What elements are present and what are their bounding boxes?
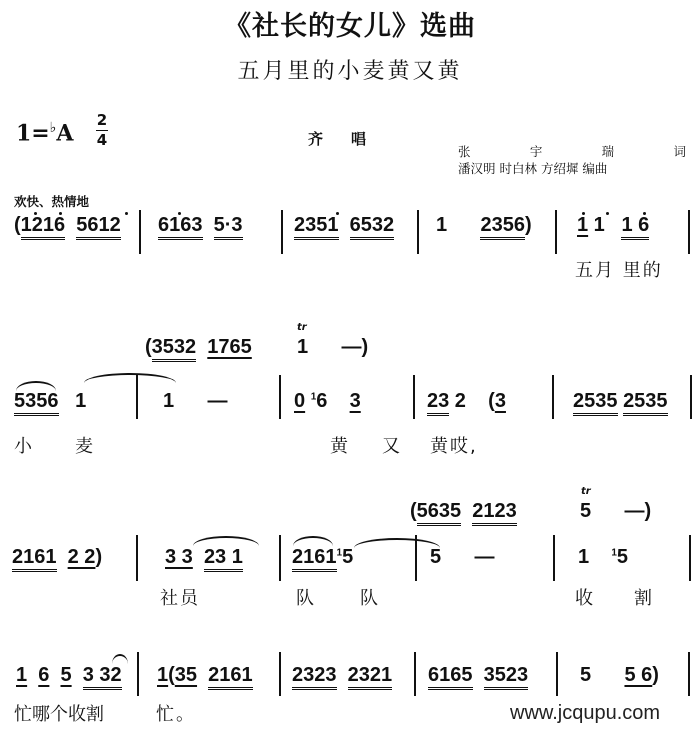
- watermark: www.jcqupu.com: [510, 702, 660, 725]
- time-signature: 2 4: [96, 112, 108, 149]
- measure-12: 3 3 23 1: [165, 546, 243, 569]
- time-top: 2: [97, 111, 107, 129]
- lyric: 队: [296, 584, 316, 610]
- measure-15: 1 15: [578, 546, 628, 569]
- upper-part-1: (3532 1765: [145, 336, 252, 359]
- measure-7: 1 —: [163, 390, 227, 413]
- time-bottom: 4: [97, 131, 107, 149]
- lyric: 黄哎,: [430, 432, 478, 458]
- lyric: 收: [575, 584, 595, 610]
- trill-mark: tr: [297, 322, 307, 333]
- lyricist-char: 词: [673, 143, 686, 160]
- measure-4: 1 2356): [436, 214, 532, 237]
- upper-part-4: 5 —): [580, 500, 651, 523]
- measure-20: 5 5 6): [580, 664, 659, 687]
- trill-mark: tr: [581, 486, 591, 497]
- performance-type: 齐唱: [308, 128, 394, 149]
- measure-11: 2161 2 2): [12, 546, 102, 569]
- measure-5: 1 1 1 6: [577, 214, 649, 237]
- measure-3: 2351 6532: [294, 214, 394, 237]
- measure-17: 1(35 2161: [157, 664, 253, 687]
- lyricist-char: 宇: [530, 143, 543, 160]
- measure-6: 5356 1: [14, 390, 86, 413]
- credits: 张 宇 瑞 词 潘汉明 时白林 方绍墀 编曲: [458, 143, 686, 177]
- lyricist-char: 瑞: [602, 143, 615, 160]
- measure-9: 23 2 (3: [427, 390, 506, 413]
- measure-19: 6165 3523: [428, 664, 528, 687]
- measure-13: 216115: [292, 546, 353, 569]
- key-prefix: 1=: [16, 120, 50, 146]
- measure-16: 1 6 5 3 32: [16, 664, 122, 687]
- lyric: 割: [634, 584, 654, 610]
- lyric: 社员: [160, 584, 200, 610]
- lyric: 忙哪个收割: [14, 700, 104, 726]
- upper-part-2: 1 —): [297, 336, 368, 359]
- measure-10: 2535 2535: [573, 390, 668, 413]
- measure-14: 5 —: [430, 546, 494, 569]
- lyric: 麦: [75, 432, 95, 458]
- lyric: 又: [382, 432, 402, 458]
- lyricist: 张 宇 瑞 词: [458, 143, 686, 160]
- measure-8: 0 16 3: [294, 390, 361, 413]
- lyric: 小: [14, 432, 34, 458]
- lyricist-char: 张: [458, 143, 471, 160]
- measure-2: 6163 5·3: [158, 214, 243, 237]
- upper-part-3: (5635 2123: [410, 500, 517, 523]
- key-letter: A: [56, 120, 73, 146]
- song-title: 五月里的小麦黄又黄: [0, 54, 700, 85]
- measure-18: 2323 2321: [292, 664, 392, 687]
- lyric: 忙。: [156, 700, 196, 726]
- lyric: 黄: [330, 432, 350, 458]
- key-signature: 1=♭A: [16, 120, 73, 146]
- composers: 潘汉明 时白林 方绍墀 编曲: [458, 160, 686, 177]
- song-collection-title: 《社长的女儿》选曲: [0, 4, 700, 43]
- lyric: 队: [360, 584, 380, 610]
- tempo-marking: 欢快、热情地: [14, 192, 89, 210]
- lyrics-line-1: 五月 里的: [575, 256, 663, 282]
- measure-1: (1216 5612: [14, 214, 121, 237]
